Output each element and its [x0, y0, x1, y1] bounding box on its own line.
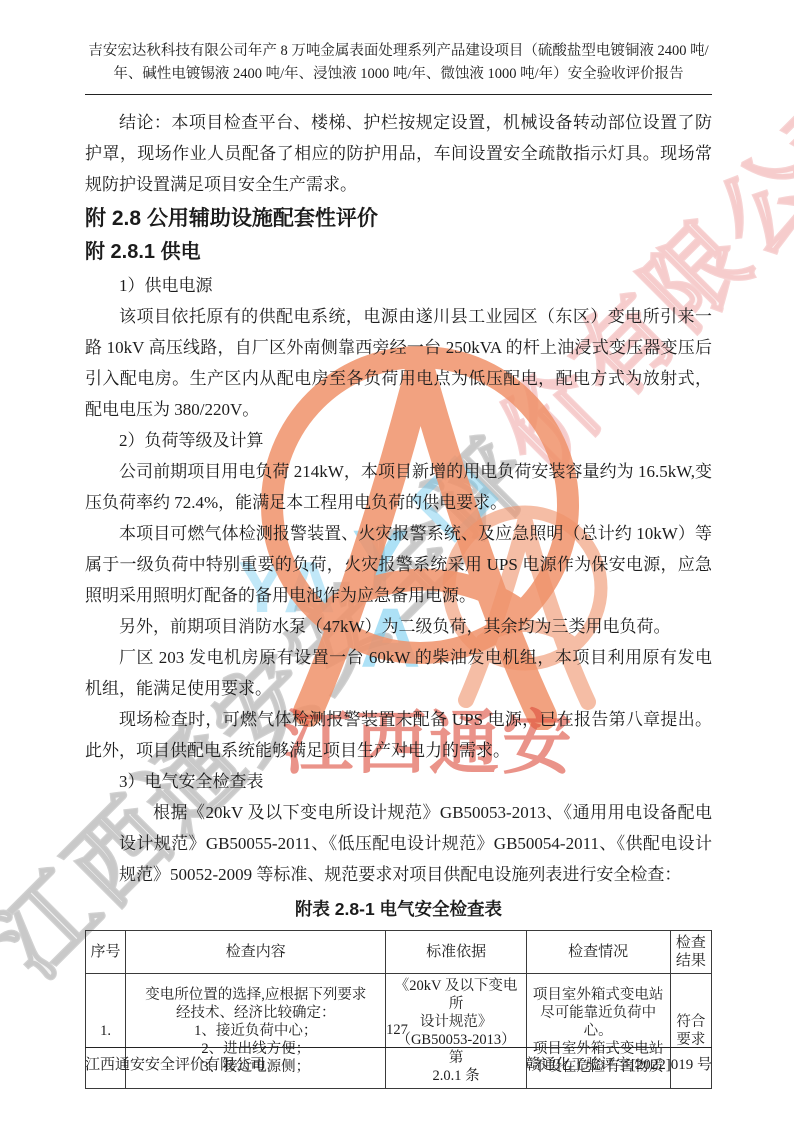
column-header-basis: 标准依据: [386, 931, 526, 974]
column-header-no: 序号: [86, 931, 126, 974]
paragraph-conclusion: 结论：本项目检查平台、楼梯、护栏按规定设置，机械设备转动部位设置了防护罩，现场作…: [85, 107, 712, 200]
page-footer: 江西通安安全评价有限公司 赣通化工验评字[2022]019 号: [85, 1047, 712, 1074]
column-header-content: 检查内容: [126, 931, 386, 974]
section-heading-2-8: 附 2.8 公用辅助设施配套性评价: [85, 204, 712, 234]
page-number: 127: [0, 1022, 794, 1039]
column-header-situation: 检查情况: [526, 931, 670, 974]
document-page: 江西通安安全评价有限公司 YA Y A 江西通安 吉安宏达秋科技有限公司年产 8…: [0, 0, 794, 1123]
footer-doc-number: 赣通化工验评字[2022]019 号: [526, 1053, 712, 1074]
list-item-power-source: 1）供电电源: [85, 270, 712, 301]
list-item-checklist: 3）电气安全检查表: [85, 766, 712, 797]
header-title-line1: 吉安宏达秋科技有限公司年产 8 万吨金属表面处理系列产品建设项目（硫酸盐型电镀铜…: [85, 40, 712, 63]
paragraph-generator: 厂区 203 发电机房原有设置一台 60kW 的柴油发电机组，本项目利用原有发电…: [85, 642, 712, 704]
column-header-result: 检查结果: [670, 931, 711, 974]
paragraph-load-3: 另外，前期项目消防水泵（47kW）为二级负荷，其余均为三类用电负荷。: [85, 611, 712, 642]
table-title: 附表 2.8-1 电气安全检查表: [85, 896, 712, 922]
page-header: 吉安宏达秋科技有限公司年产 8 万吨金属表面处理系列产品建设项目（硫酸盐型电镀铜…: [85, 40, 712, 95]
paragraph-load-1: 公司前期项目用电负荷 214kW，本项目新增的用电负荷安装容量约为 16.5kW…: [85, 456, 712, 518]
section-heading-2-8-1: 附 2.8.1 供电: [85, 238, 712, 266]
footer-company: 江西通安安全评价有限公司: [85, 1053, 265, 1074]
header-title-line2: 年、碱性电镀锡液 2400 吨/年、浸蚀液 1000 吨/年、微蚀液 1000 …: [85, 63, 712, 86]
paragraph-site-check: 现场检查时，可燃气体检测报警装置未配备 UPS 电源，已在报告第八章提出。此外，…: [85, 704, 712, 766]
paragraph-power-source: 该项目依托原有的供配电系统，电源由遂川县工业园区（东区）变电所引来一路 10kV…: [85, 301, 712, 425]
list-item-load-level: 2）负荷等级及计算: [85, 425, 712, 456]
table-header-row: 序号 检查内容 标准依据 检查情况 检查结果: [86, 931, 712, 974]
paragraph-load-2: 本项目可燃气体检测报警装置、火灾报警系统、及应急照明（总计约 10kW）等属于一…: [85, 518, 712, 611]
paragraph-standards: 根据《20kV 及以下变电所设计规范》GB50053-2013、《通用用电设备配…: [119, 797, 712, 890]
document-content: 吉安宏达秋科技有限公司年产 8 万吨金属表面处理系列产品建设项目（硫酸盐型电镀铜…: [85, 40, 712, 1089]
